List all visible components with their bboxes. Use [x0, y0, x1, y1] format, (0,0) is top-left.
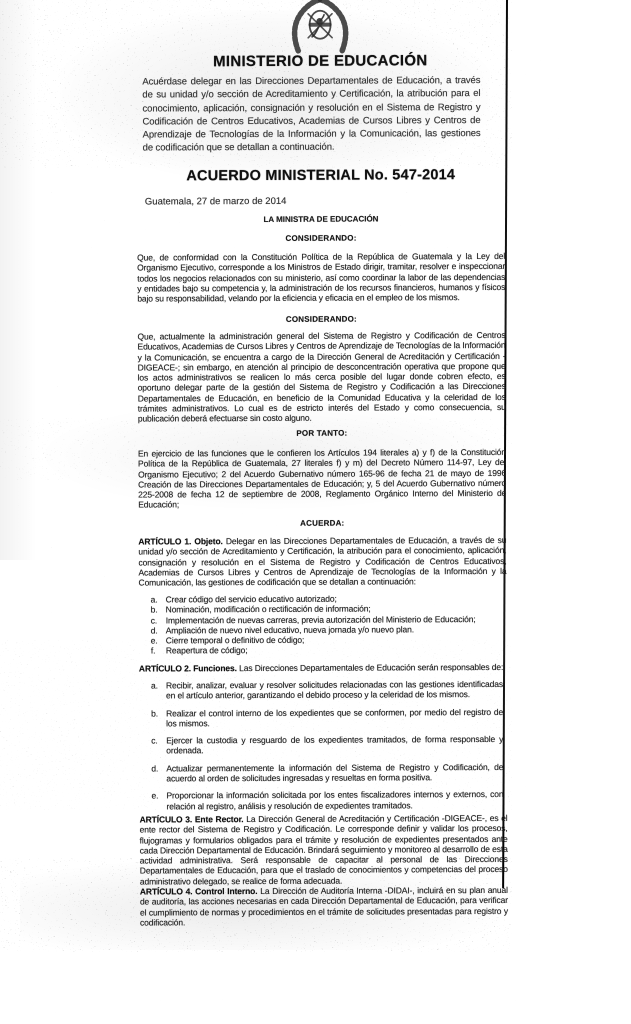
dateline: Guatemala, 27 de marzo de 2014	[145, 195, 513, 208]
article-3-paragraph: ARTÍCULO 3. Ente Rector. La Dirección Ge…	[140, 813, 508, 887]
list-item-marker: d.	[151, 625, 166, 635]
article-3-text: La Dirección General de Acreditación y C…	[140, 813, 508, 886]
considerando-1-text: Que, de conformidad con la Constitución …	[137, 251, 505, 304]
list-item-marker: d.	[151, 763, 166, 784]
list-item-text: Recibir, analizar, evaluar y resolver so…	[166, 679, 503, 701]
article-4-paragraph: ARTÍCULO 4. Control Interno. La Direcció…	[140, 885, 508, 928]
list-item-marker: e.	[151, 636, 166, 646]
article-2-text: Las Direcciones Departamentales de Educa…	[239, 662, 503, 673]
list-item-marker: e.	[151, 791, 166, 812]
article-4-heading: ARTÍCULO 4. Control Interno.	[140, 886, 258, 897]
list-item-text: Ejercer la custodia y resguardo de los e…	[166, 734, 503, 756]
article-1-heading: ARTÍCULO 1. Objeto.	[138, 536, 222, 546]
list-item: b. Realizar el control interno de los ex…	[151, 707, 503, 729]
acuerda-label: ACUERDA:	[138, 518, 506, 529]
list-item: a. Recibir, analizar, evaluar y resolver…	[151, 679, 503, 701]
article-2-paragraph: ARTÍCULO 2. Funciones. Las Direcciones D…	[139, 662, 507, 674]
list-item: c. Ejercer la custodia y resguardo de lo…	[151, 734, 503, 756]
considerando-2-label: CONSIDERANDO:	[137, 314, 505, 325]
list-item-text: Realizar el control interno de los exped…	[166, 707, 503, 729]
list-item: e. Proporcionar la información solicitad…	[151, 789, 503, 811]
scanned-document-page: MINISTERIO DE EDUCACIÓN Acuérdase delega…	[0, 0, 631, 1024]
list-item-marker: c.	[151, 615, 166, 625]
list-item: d. Actualizar permanentemente la informa…	[151, 762, 503, 784]
ministry-title: MINISTERIO DE EDUCACIÓN	[136, 52, 504, 71]
agreement-title: ACUERDO MINISTERIAL No. 547-2014	[137, 167, 505, 185]
por-tanto-label: POR TANTO:	[138, 428, 506, 439]
list-item-marker: c.	[151, 736, 166, 757]
por-tanto-text: En ejercicio de las funciones que le con…	[138, 447, 506, 510]
issuer-title: LA MINISTRA DE EDUCACIÓN	[137, 214, 505, 225]
list-item-marker: b.	[151, 605, 166, 615]
document-content: MINISTERIO DE EDUCACIÓN Acuérdase delega…	[0, 0, 516, 961]
article-2-list: a. Recibir, analizar, evaluar y resolver…	[151, 679, 504, 819]
list-item-text: Proporcionar la información solicitada p…	[166, 789, 503, 811]
article-3-heading: ARTÍCULO 3. Ente Rector.	[140, 814, 244, 824]
considerando-2-text: Que, actualmente la administración gener…	[137, 330, 505, 424]
list-item-text: Actualizar permanentemente la informació…	[166, 762, 503, 784]
list-item-text: Reapertura de código;	[166, 644, 503, 656]
list-item-marker: a.	[151, 680, 166, 701]
article-1-list: a. Crear código del servicio educativo a…	[151, 593, 503, 656]
article-2-heading: ARTÍCULO 2. Funciones.	[139, 663, 237, 673]
article-1-paragraph: ARTÍCULO 1. Objeto. Delegar en las Direc…	[138, 535, 506, 588]
list-item-marker: b.	[151, 708, 166, 729]
list-item-marker: f.	[151, 646, 166, 656]
list-item: f. Reapertura de código;	[151, 644, 503, 656]
decree-summary: Acuérdase delegar en las Direcciones Dep…	[142, 74, 480, 155]
list-item-marker: a.	[151, 594, 166, 604]
considerando-1-label: CONSIDERANDO:	[137, 233, 505, 244]
